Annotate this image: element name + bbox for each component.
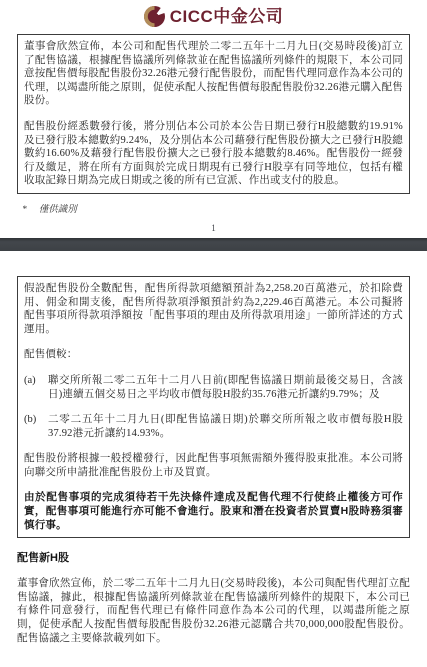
paragraph-placing-agreement: 董事會欣然宣佈，本公司和配售代理於二零二五年十二月九日(交易時段後)訂立了配售協… [24,40,403,108]
cicc-logo-icon [144,6,165,27]
page-number: 1 [0,223,427,234]
paragraph-share-percentages: 配售股份經悉數發行後，將分別佔本公司於本公告日期已發行H股總數約19.91%及已… [24,120,403,188]
announcement-box-2: 假設配售股份全數配售，配售所得款項總額預計為2,258.20百萬港元，於扣除費用… [17,276,410,538]
footnote-asterisk: * [22,204,27,216]
pdf-viewer: CICC中金公司 董事會欣然宣佈，本公司和配售代理於二零二五年十二月九日(交易時… [0,0,427,667]
section-heading-placing-new-h-shares: 配售新H股 [17,551,410,565]
page-separator [0,238,427,251]
paragraph-price-comparison-intro: 配售價較： [24,348,403,362]
paragraph-board-announcement: 董事會欣然宣佈，於二零二五年十二月九日(交易時段後)，本公司與配售代理訂立配售協… [17,577,410,645]
list-text-a: 聯交所所報二零二五年十二月八日前(即配售協議日期前最後交易日，含該日)連續五個交… [48,374,403,401]
list-item-a: (a) 聯交所所報二零二五年十二月八日前(即配售協議日期前最後交易日，含該日)連… [24,374,403,401]
announcement-box-1: 董事會欣然宣佈，本公司和配售代理於二零二五年十二月九日(交易時段後)訂立了配售協… [17,34,410,194]
list-item-b: (b) 二零二五年十二月九日(即配售協議日期)於聯交所所報之收市價每股H股37.… [24,413,403,440]
list-text-b: 二零二五年十二月九日(即配售協議日期)於聯交所所報之收市價每股H股37.92港元… [48,413,403,440]
pdf-page-2: 假設配售股份全數配售，配售所得款項總額預計為2,258.20百萬港元，於扣除費用… [0,251,427,645]
logo-brand-text: CICC中金公司 [170,6,284,27]
company-logo: CICC中金公司 [0,0,427,28]
footnote-text: 僅供識別 [39,204,77,216]
list-marker-b: (b) [24,413,48,440]
paragraph-general-mandate: 配售股份將根據一般授權發行，因此配售事項無需額外獲得股東批准。本公司將向聯交所申… [24,452,403,479]
list-marker-a: (a) [24,374,48,401]
footnote: * 僅供識別 [22,204,410,216]
paragraph-warning: 由於配售事項的完成須待若干先決條件達成及配售代理不行使終止權後方可作實，配售事項… [24,491,403,532]
paragraph-proceeds: 假設配售股份全數配售，配售所得款項總額預計為2,258.20百萬港元，於扣除費用… [24,282,403,336]
pdf-page-1: CICC中金公司 董事會欣然宣佈，本公司和配售代理於二零二五年十二月九日(交易時… [0,0,427,234]
